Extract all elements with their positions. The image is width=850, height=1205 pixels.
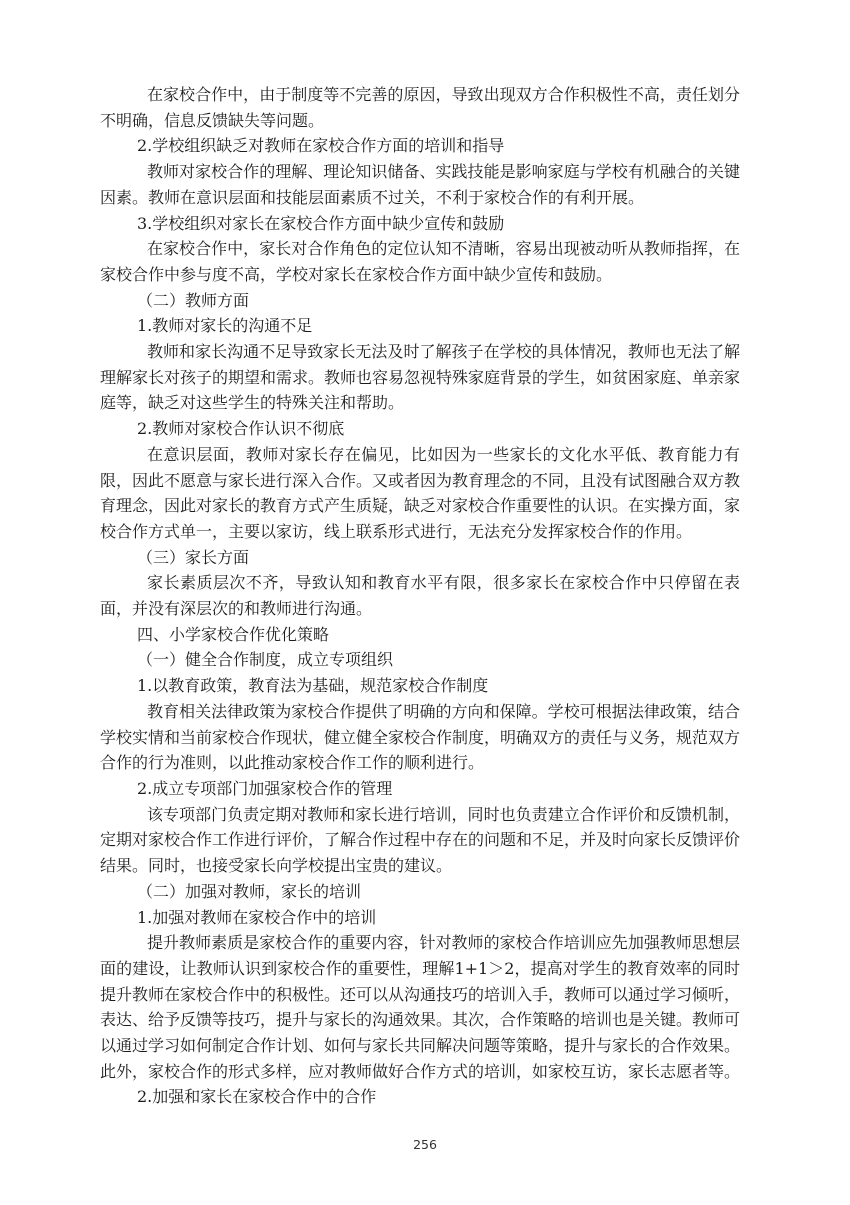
- document-page: 在家校合作中，由于制度等不完善的原因，导致出现双方合作积极性不高，责任划分不明确…: [0, 0, 850, 1205]
- paragraph: 在意识层面，教师对家长存在偏见，比如因为一些家长的文化水平低、教育能力有限，因此…: [100, 442, 740, 545]
- section-heading: 2.成立专项部门加强家校合作的管理: [100, 776, 740, 802]
- paragraph: 教师和家长沟通不足导致家长无法及时了解孩子在学校的具体情况，教师也无法了解理解家…: [100, 339, 740, 416]
- page-number: 256: [413, 1137, 437, 1152]
- section-heading: （三）家长方面: [100, 545, 740, 571]
- section-heading: （二）加强对教师，家长的培训: [100, 879, 740, 905]
- section-heading: 1.以教育政策，教育法为基础，规范家校合作制度: [100, 673, 740, 699]
- section-heading: 四、小学家校合作优化策略: [100, 622, 740, 648]
- section-heading: 1.教师对家长的沟通不足: [100, 313, 740, 339]
- section-heading: 1.加强对教师在家校合作中的培训: [100, 905, 740, 931]
- section-heading: 3.学校组织对家长在家校合作方面中缺少宣传和鼓励: [100, 211, 740, 237]
- paragraph: 该专项部门负责定期对教师和家长进行培训，同时也负责建立合作评价和反馈机制，定期对…: [100, 802, 740, 879]
- page-footer: 256: [0, 1134, 850, 1153]
- paragraph: 教育相关法律政策为家校合作提供了明确的方向和保障。学校可根据法律政策，结合学校实…: [100, 699, 740, 776]
- paragraph: 在家校合作中，由于制度等不完善的原因，导致出现双方合作积极性不高，责任划分不明确…: [100, 82, 740, 133]
- paragraph: 在家校合作中，家长对合作角色的定位认知不清晰，容易出现被动听从教师指挥，在家校合…: [100, 236, 740, 287]
- section-heading: 2.教师对家校合作认识不彻底: [100, 416, 740, 442]
- section-heading: 2.加强和家长在家校合作中的合作: [100, 1084, 740, 1110]
- paragraph: 教师对家校合作的理解、理论知识储备、实践技能是影响家庭与学校有机融合的关键因素。…: [100, 159, 740, 210]
- section-heading: 2.学校组织缺乏对教师在家校合作方面的培训和指导: [100, 133, 740, 159]
- document-body: 在家校合作中，由于制度等不完善的原因，导致出现双方合作积极性不高，责任划分不明确…: [100, 82, 740, 1110]
- paragraph: 家长素质层次不齐，导致认知和教育水平有限，很多家长在家校合作中只停留在表面，并没…: [100, 570, 740, 621]
- section-heading: （二）教师方面: [100, 288, 740, 314]
- section-heading: （一）健全合作制度，成立专项组织: [100, 647, 740, 673]
- paragraph: 提升教师素质是家校合作的重要内容，针对教师的家校合作培训应先加强教师思想层面的建…: [100, 930, 740, 1084]
